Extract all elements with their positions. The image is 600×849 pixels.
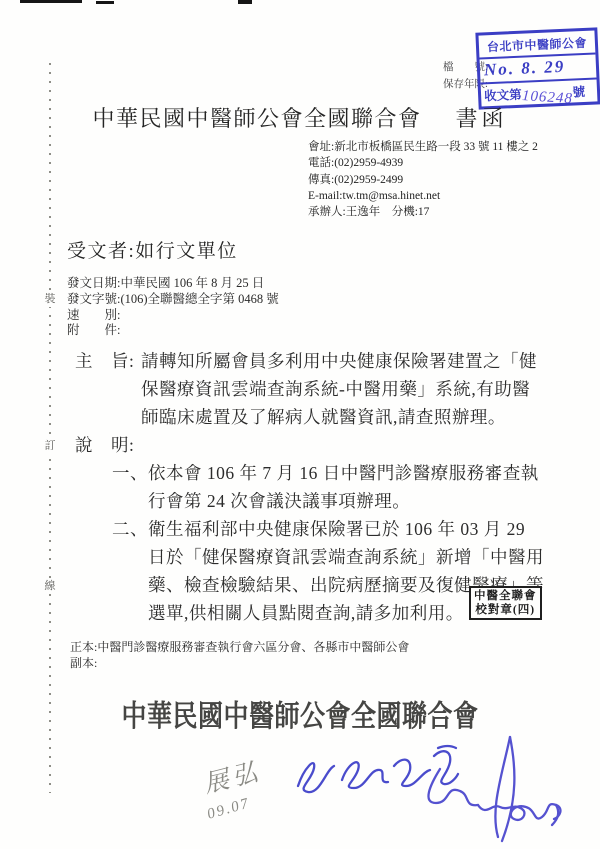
- subject-text: 請轉知所屬會員多利用中央健康保險署建置之「健保醫療資訊雲端查詢系統-中醫用藥」系…: [141, 347, 538, 431]
- doc-number-line: 發文字號:(106)全聯醫總全字第 0468 號: [67, 292, 279, 308]
- letter-body: 主 旨: 請轉知所屬會員多利用中央健康保險署建置之「健保醫療資訊雲端查詢系統-中…: [75, 347, 545, 627]
- item-1-text: 依本會 106 年 7 月 16 日中醫門診醫療服務審查執行會第 24 次會議決…: [148, 459, 545, 515]
- signature-gray-name: 展弘: [200, 752, 265, 801]
- attachment-label: 附 件:: [67, 323, 120, 337]
- proofread-stamp-line1: 中醫全聯會: [474, 589, 537, 603]
- explanation-item-1: 一、 依本會 106 年 7 月 16 日中醫門診醫療服務審查執行會第 24 次…: [112, 459, 545, 515]
- item-2-marker: 二、: [112, 515, 148, 627]
- doc-number-value: (106)全聯醫總全字第 0468 號: [120, 292, 278, 306]
- issue-date-label: 發文日期:: [67, 276, 120, 290]
- recipient-value: 如行文單位: [135, 241, 238, 262]
- signature-gray-date: 09.07: [206, 795, 253, 823]
- signature-stroke: [342, 762, 388, 788]
- contact-email: E-mail:tw.tm@msa.hinet.net: [308, 188, 538, 204]
- binding-mark-zhuang: 裝: [44, 292, 56, 307]
- explanation-label: 說 明:: [75, 431, 545, 459]
- contact-phone: 電話:(02)2959-4939: [308, 155, 538, 171]
- receive-stamp-date: No. 8. 29: [484, 57, 566, 80]
- scan-artifact: [238, 0, 252, 4]
- recipient-label: 受文者:: [67, 241, 135, 262]
- contact-agent: 承辦人:王逸年 分機:17: [308, 204, 538, 220]
- issue-date-value: 中華民國 106 年 8 月 25 日: [120, 276, 264, 290]
- scanned-official-letter: 裝 訂 線 檔 號: 保存年限: 台北市中醫師公會 No. 8. 29 收文第1…: [0, 0, 600, 849]
- original-copy-line: 正本:中醫門診醫療服務審查執行會六區分會、各縣市中醫師公會: [70, 640, 409, 656]
- document-title: 中華民國中醫師公會全國聯合會書函: [0, 102, 600, 133]
- signature-stroke: [478, 804, 560, 820]
- contact-address: 會址:新北市板橋區民生路一段 33 號 11 樓之 2: [308, 139, 538, 155]
- subject-section: 主 旨: 請轉知所屬會員多利用中央健康保險署建置之「健保醫療資訊雲端查詢系統-中…: [75, 347, 545, 431]
- contact-fax: 傳真:(02)2959-2499: [308, 172, 538, 188]
- subject-label: 主 旨:: [75, 347, 141, 431]
- speed-line: 速 別:: [67, 308, 279, 324]
- signature-stroke: [552, 805, 558, 825]
- distribution-block: 正本:中醫門診醫療服務審查執行會六區分會、各縣市中醫師公會 副本:: [70, 640, 409, 671]
- issuing-org-name: 中華民國中醫師公會全國聯合會: [92, 106, 421, 131]
- signature-stroke: [298, 763, 334, 792]
- signature-handwritten-right: [418, 733, 568, 845]
- issue-date-line: 發文日期:中華民國 106 年 8 月 25 日: [67, 276, 279, 292]
- binding-dotted-line: [49, 63, 51, 793]
- receive-number-suffix: 號: [572, 85, 585, 100]
- original-copy-value: 中醫門診醫療服務審查執行會六區分會、各縣市中醫師公會: [97, 640, 409, 654]
- duplicate-copy-label: 副本:: [70, 656, 97, 670]
- scan-artifact: [20, 0, 82, 3]
- speed-label: 速 別:: [67, 308, 120, 322]
- document-type: 書函: [456, 106, 508, 131]
- receive-stamp: 台北市中醫師公會 No. 8. 29 收文第106248號: [475, 27, 600, 109]
- binding-mark-xian: 線: [44, 579, 56, 594]
- contact-block: 會址:新北市板橋區民生路一段 33 號 11 樓之 2 電話:(02)2959-…: [308, 139, 538, 221]
- org-seal-text: 中華民國中醫師公會全國聯合會: [0, 693, 600, 735]
- scan-artifact: [96, 1, 114, 4]
- duplicate-copy-line: 副本:: [70, 656, 409, 672]
- doc-number-label: 發文字號:: [67, 292, 120, 306]
- proofread-stamp-line2: 校對章(四): [474, 603, 537, 617]
- proofread-stamp: 中醫全聯會 校對章(四): [469, 586, 542, 620]
- signature-stroke: [502, 737, 514, 841]
- signature-stroke: [428, 769, 478, 805]
- attachment-line: 附 件:: [67, 323, 279, 339]
- item-1-marker: 一、: [112, 459, 148, 515]
- meta-block: 發文日期:中華民國 106 年 8 月 25 日 發文字號:(106)全聯醫總全…: [67, 276, 279, 339]
- recipient-line: 受文者:如行文單位: [67, 236, 238, 263]
- original-copy-label: 正本:: [70, 640, 97, 654]
- binding-mark-ding: 訂: [44, 439, 56, 454]
